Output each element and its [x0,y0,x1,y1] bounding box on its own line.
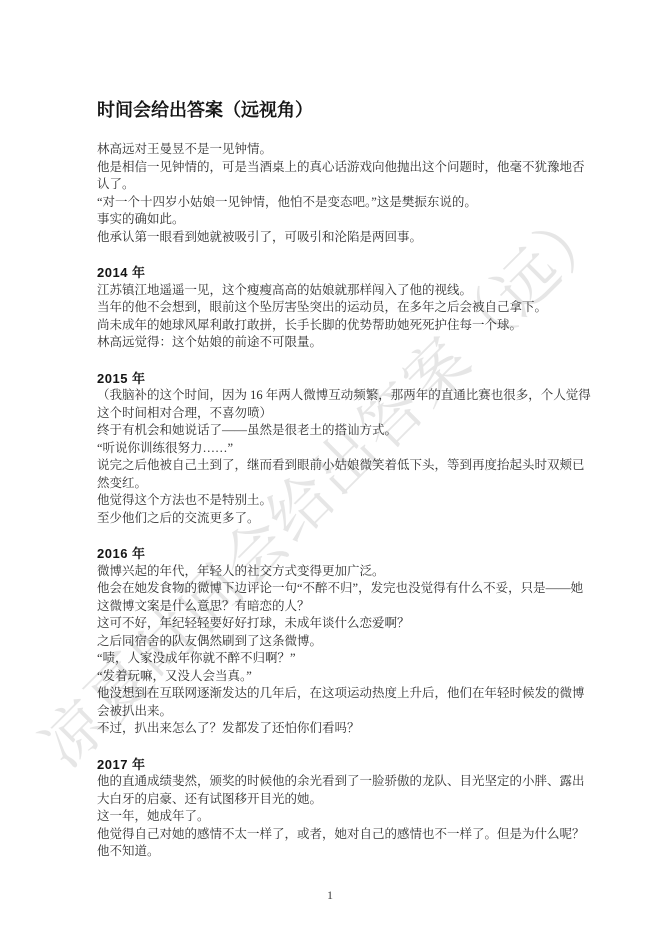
text-line: 他会在她发食物的微博下边评论一句“不醉不归”，发完也没觉得有什么不妥，只是——她 [97,580,569,598]
text-line: 他是相信一见钟情的，可是当酒桌上的真心话游戏向他抛出这个问题时，他毫不犹豫地否 [97,159,569,177]
text-line: 他的直通成绩斐然，颁奖的时候他的余光看到了一脸骄傲的龙队、目光坚定的小胖、露出 [97,773,569,791]
page-title: 时间会给出答案（远视角） [97,96,313,122]
text-line: 这微博文案是什么意思？有暗恋的人？ [97,598,569,616]
document-page: 凉夏时间会给出答案（远） 时间会给出答案（远视角） 林高远对王曼昱不是一见钟情。… [0,0,660,934]
text-line: 他没想到在互联网逐渐发达的几年后，在这项运动热度上升后，他们在年轻时候发的微博 [97,685,569,703]
text-line: 尚未成年的她球风犀利敢打敢拼，长手长脚的优势帮助她死死护住每一个球。 [97,317,569,335]
text-line: 终于有机会和她说话了——虽然是很老土的搭讪方式。 [97,422,569,440]
text-line: 至少他们之后的交流更多了。 [97,510,569,528]
text-line: 这可不好，年纪轻轻要好好打球，未成年谈什么恋爱啊？ [97,615,569,633]
section-heading: 2017 年 [97,756,569,774]
text-line: 微博兴起的年代，年轻人的社交方式变得更加广泛。 [97,563,569,581]
text-line: 他觉得自己对她的感情不太一样了，或者，她对自己的感情也不一样了。但是为什么呢？ [97,826,569,844]
text-line: 会被扒出来。 [97,703,569,721]
text-line: 林高远对王曼昱不是一见钟情。 [97,141,569,159]
text-line: （我脑补的这个时间，因为 16 年两人微博互动频繁，那两年的直通比赛也很多，个人… [97,387,569,405]
text-line: 不过，扒出来怎么了？发都发了还怕你们看吗？ [97,720,569,738]
year-section: 2014 年江苏镇江地遥遥一见，这个瘦瘦高高的姑娘就那样闯入了他的视线。当年的他… [97,264,569,352]
text-line: 当年的他不会想到，眼前这个坠厉害坠突出的运动员，在多年之后会被自己拿下。 [97,299,569,317]
text-line: 然变红。 [97,475,569,493]
document-body: 林高远对王曼昱不是一见钟情。他是相信一见钟情的，可是当酒桌上的真心话游戏向他抛出… [97,141,569,861]
text-line: “对一个十四岁小姑娘一见钟情，他怕不是变态吧。”这是樊振东说的。 [97,194,569,212]
section-heading: 2016 年 [97,545,569,563]
text-line: 林高远觉得：这个姑娘的前途不可限量。 [97,334,569,352]
text-line: 说完之后他被自己土到了，继而看到眼前小姑娘微笑着低下头，等到再度抬起头时双颊已 [97,457,569,475]
year-section: 2016 年微博兴起的年代，年轻人的社交方式变得更加广泛。他会在她发食物的微博下… [97,545,569,738]
year-section: 林高远对王曼昱不是一见钟情。他是相信一见钟情的，可是当酒桌上的真心话游戏向他抛出… [97,141,569,246]
text-line: 他觉得这个方法也不是特别土。 [97,492,569,510]
text-line: 之后同宿舍的队友偶然刷到了这条微博。 [97,633,569,651]
text-line: 这个时间相对合理，不喜勿喷） [97,405,569,423]
page-number: 1 [0,888,660,903]
text-line: 大白牙的启豪、还有试图移开目光的她。 [97,791,569,809]
year-section: 2015 年（我脑补的这个时间，因为 16 年两人微博互动频繁，那两年的直通比赛… [97,370,569,528]
text-line: 这一年，她成年了。 [97,808,569,826]
text-line: 江苏镇江地遥遥一见，这个瘦瘦高高的姑娘就那样闯入了他的视线。 [97,282,569,300]
text-line: “听说你训练很努力……” [97,440,569,458]
section-heading: 2015 年 [97,370,569,388]
text-line: 他承认第一眼看到她就被吸引了，可吸引和沦陷是两回事。 [97,229,569,247]
text-line: “发着玩嘛，又没人会当真。” [97,668,569,686]
year-section: 2017 年他的直通成绩斐然，颁奖的时候他的余光看到了一脸骄傲的龙队、目光坚定的… [97,756,569,861]
text-line: “啧，人家没成年你就不醉不归啊？” [97,650,569,668]
text-line: 事实的确如此。 [97,211,569,229]
text-line: 他不知道。 [97,843,569,861]
text-line: 认了。 [97,176,569,194]
section-heading: 2014 年 [97,264,569,282]
